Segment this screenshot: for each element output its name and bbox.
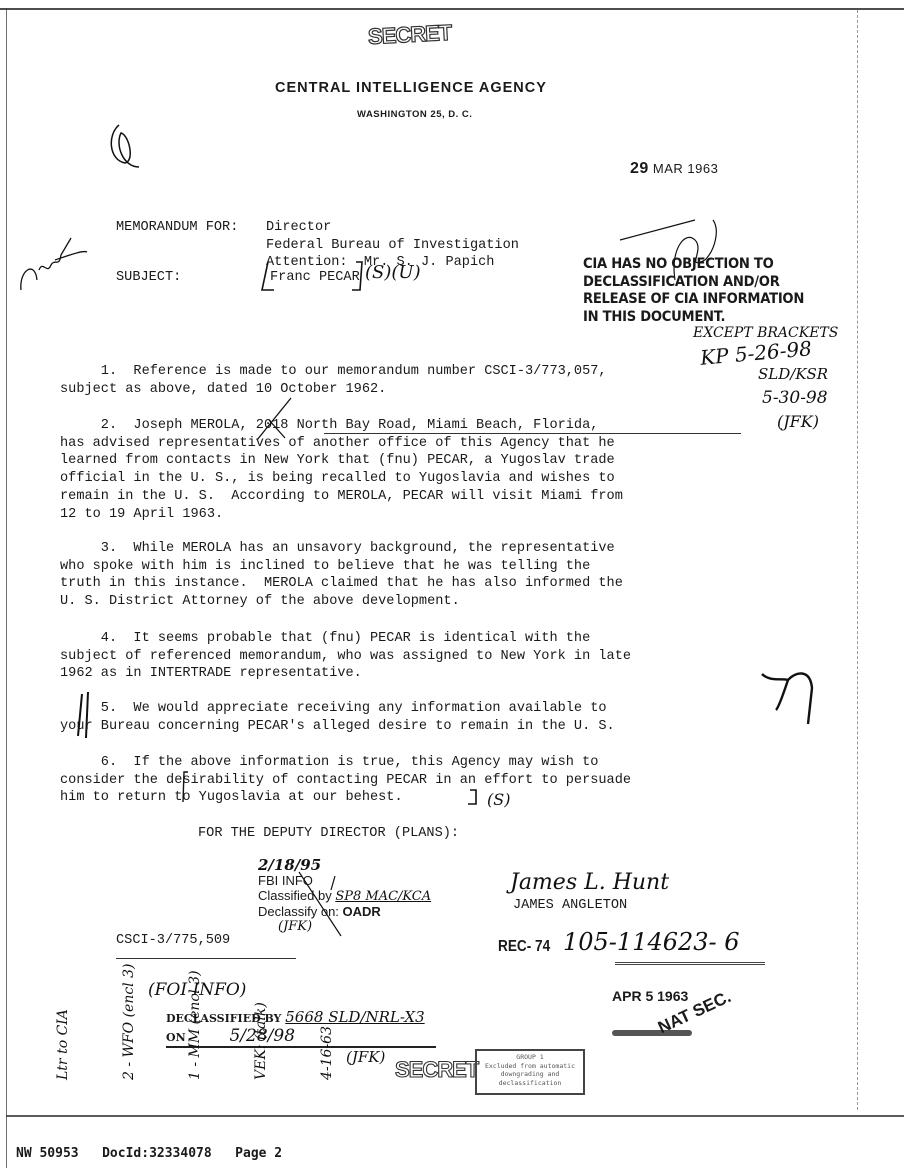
classification-stamp-bottom: SECRET <box>395 1057 478 1083</box>
address-underline <box>324 432 741 434</box>
margin-note: 1 - MM (encl 3) <box>184 964 206 1080</box>
classification-stamp-top: SECRET <box>367 20 451 50</box>
subject-label: SUBJECT: <box>116 269 181 287</box>
scan-left-edge <box>6 8 7 1168</box>
letterhead-agency: CENTRAL INTELLIGENCE AGENCY <box>275 80 547 96</box>
date-stamp: 29 MAR 1963 <box>630 160 718 178</box>
group-1-box: GROUP 1 Excluded from automatic downgrad… <box>475 1049 585 1095</box>
subject-annotation: (S)(U) <box>365 262 421 283</box>
footer-page: Page 2 <box>235 1146 282 1161</box>
scan-right-margin-line <box>857 10 858 1110</box>
group-box-line: Excluded from automatic <box>477 1062 583 1071</box>
left-margin-notes: Ltr to CIA 2 - WFO (encl 3) 1 - MM (encl… <box>8 964 360 1080</box>
margin-note: Ltr to CIA <box>52 964 74 1080</box>
stamp-signature-scribble-icon <box>615 210 725 300</box>
letterhead-city: WASHINGTON 25, D. C. <box>357 109 472 120</box>
margin-initial-n-icon <box>760 668 820 728</box>
received-date-stamp: APR 5 1963 <box>612 988 688 1004</box>
fbi-block-cross-mark-icon <box>295 870 345 940</box>
footer-nw: NW 50953 <box>16 1146 79 1161</box>
margin-note: 4-16-63 <box>316 964 338 1080</box>
file-number: 105-114623- 6 <box>563 928 740 956</box>
margin-initials-icon <box>15 230 90 295</box>
margin-note: VEK: (talk) <box>250 964 272 1080</box>
footer-docid: DocId:32334078 <box>102 1146 212 1161</box>
release-stamp-line: IN THIS DOCUMENT. <box>583 309 804 327</box>
group-box-line: GROUP 1 <box>477 1053 583 1062</box>
date-stamp-month-year: MAR 1963 <box>653 161 718 176</box>
group-box-line: declassification <box>477 1079 583 1088</box>
signatory-name: JAMES ANGLETON <box>513 897 627 915</box>
paragraph-5: 5. We would appreciate receiving any inf… <box>60 700 710 735</box>
scan-bottom-edge <box>6 1115 904 1117</box>
margin-note-date: 5-30-98 <box>762 388 828 408</box>
rec-stamp: REC- 74 <box>498 938 550 956</box>
page-footer: NW 50953 DocId:32334078 Page 2 <box>16 1146 282 1161</box>
stamp-smudge <box>612 1030 692 1036</box>
handwritten-signature: James L. Hunt <box>510 870 669 895</box>
subject-value: Franc PECAR <box>270 269 360 287</box>
strikeout-mark-icon <box>255 396 295 442</box>
scan-top-edge <box>0 8 904 10</box>
margin-note: 2 - WFO (encl 3) <box>118 964 140 1080</box>
group-box-line: downgrading and <box>477 1070 583 1079</box>
recipient-line: Federal Bureau of Investigation <box>266 237 519 255</box>
margin-note-sld: SLD/KSR <box>758 365 828 383</box>
date-stamp-day: 29 <box>630 160 649 177</box>
paragraph-3: 3. While MEROLA has an unsavory backgrou… <box>60 540 710 611</box>
csci-number: CSCI-3/775,509 <box>116 932 230 950</box>
release-stamp-handwritten-exception: EXCEPT BRACKETS <box>693 325 838 341</box>
paragraph-1: 1. Reference is made to our memorandum n… <box>60 363 710 398</box>
paragraph-6-annotation: (S) <box>487 790 510 809</box>
recipient-line: Director <box>266 219 519 237</box>
margin-bracket-mark-icon <box>74 690 96 740</box>
classified-by-value: SP8 MAC/KCA <box>335 889 431 904</box>
initials-scribble-icon <box>105 115 145 175</box>
declassify-on-value: OADR <box>343 904 381 919</box>
memorandum-for-label: MEMORANDUM FOR: <box>116 219 238 237</box>
paragraph-6-redaction-brackets-icon <box>180 768 480 808</box>
closing-line: FOR THE DEPUTY DIRECTOR (PLANS): <box>198 825 459 843</box>
margin-note-jfk: (JFK) <box>777 412 819 431</box>
file-number-underline <box>615 962 765 969</box>
csci-rule <box>116 957 296 959</box>
paragraph-4: 4. It seems probable that (fnu) PECAR is… <box>60 630 710 683</box>
